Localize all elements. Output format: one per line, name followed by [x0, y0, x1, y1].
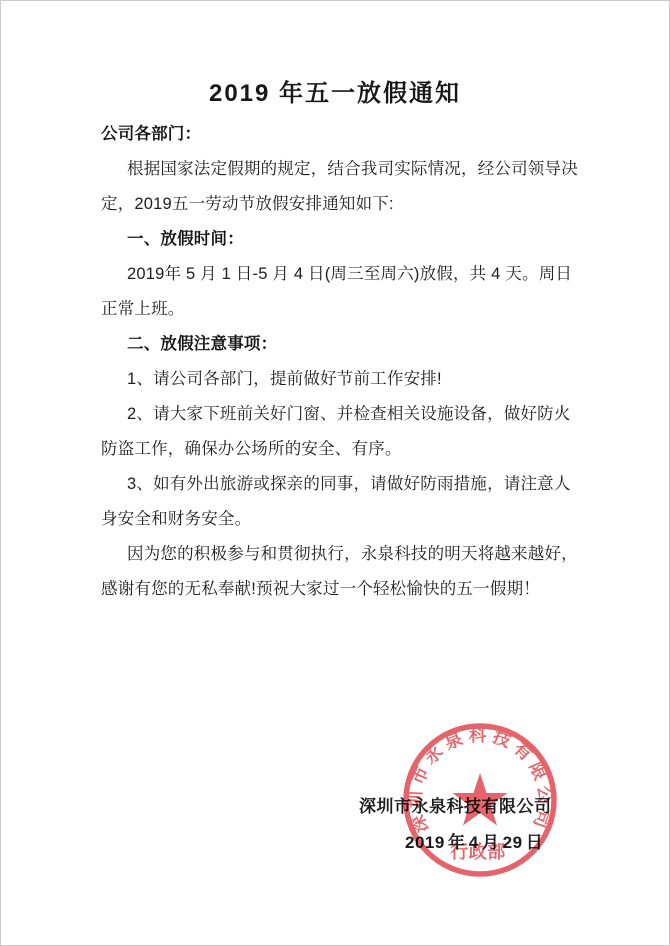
- notice-body: 公司各部门： 根据国家法定假期的规定，结合我司实际情况，经公司领导决 定，201…: [1, 117, 669, 607]
- star-icon: [452, 773, 507, 825]
- intro-line-1: 根据国家法定假期的规定，结合我司实际情况，经公司领导决: [101, 152, 669, 187]
- stamp-department-text: 行政部: [450, 841, 506, 862]
- section2-heading: 二、放假注意事项：: [101, 327, 669, 362]
- section1-heading: 一、放假时间：: [101, 222, 669, 257]
- section1-line-1: 2019年 5 月 1 日-5 月 4 日(周三至周六)放假，共 4 天。周日: [101, 257, 669, 292]
- section2-item3-line-2: 身安全和财务安全。: [101, 502, 669, 537]
- notice-title: 2019 年五一放假通知: [1, 76, 669, 111]
- notice-document-page: 2019 年五一放假通知 公司各部门： 根据国家法定假期的规定，结合我司实际情况…: [0, 0, 670, 946]
- section2-item2-line-1: 2、请大家下班前关好门窗、并检查相关设施设备，做好防火: [101, 397, 669, 432]
- section2-item2-line-2: 防盗工作，确保办公场所的安全、有序。: [101, 432, 669, 467]
- section2-item1-line-1: 1、请公司各部门，提前做好节前工作安排!: [101, 362, 669, 397]
- closing-line-1: 因为您的积极参与和贯彻执行，永泉科技的明天将越来越好，: [101, 537, 669, 572]
- company-seal-stamp: 深圳市永泉科技有限公司 行政部: [398, 718, 562, 882]
- closing-line-2: 感谢有您的无私奉献!预祝大家过一个轻松愉快的五一假期！: [101, 572, 669, 607]
- section2-item3-line-1: 3、如有外出旅游或探亲的同事，请做好防雨措施，请注意人: [101, 467, 669, 502]
- intro-line-2: 定，2019五一劳动节放假安排通知如下:: [101, 187, 669, 222]
- salutation-line: 公司各部门：: [101, 117, 669, 152]
- section1-line-2: 正常上班。: [101, 292, 669, 327]
